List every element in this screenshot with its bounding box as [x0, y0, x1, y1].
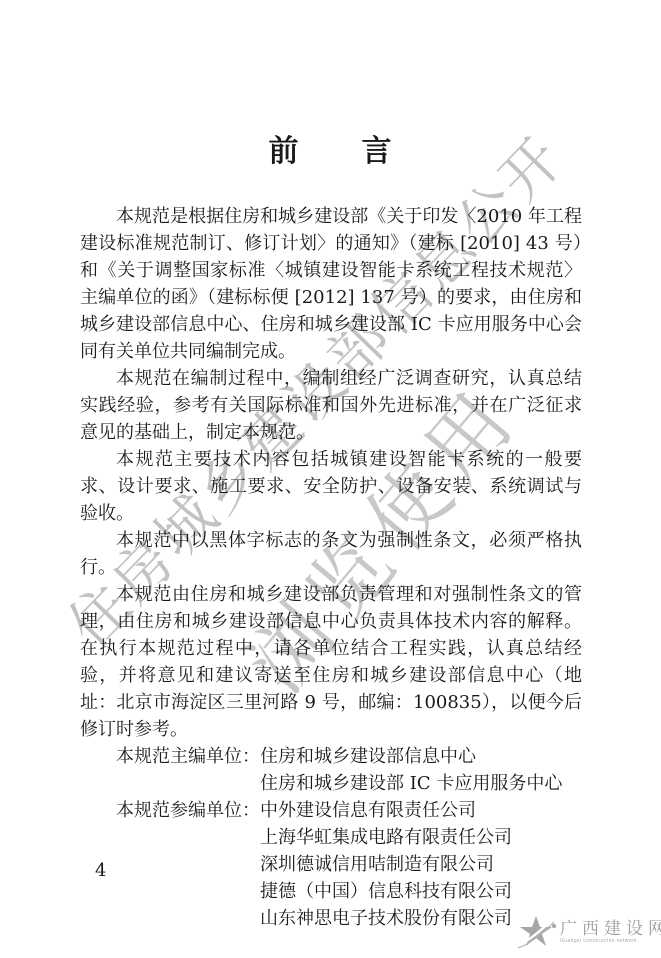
chief-editor-unit: 住房和城乡建设部信息中心 [260, 746, 476, 767]
chief-editor-line: 住房和城乡建设部 IC 卡应用服务中心 [80, 770, 582, 797]
document-page: 前 言 本规范是根据住房和城乡建设部《关于印发〈2010 年工程建设标准规范制订… [0, 0, 661, 958]
paragraph: 本规范中以黑体字标志的条文为强制性条文，必须严格执行。 [80, 527, 582, 581]
participating-editor-line: 深圳德诚信用咭制造有限公司 [80, 851, 582, 878]
foreword-body: 本规范是根据住房和城乡建设部《关于印发〈2010 年工程建设标准规范制订、修订计… [80, 203, 582, 932]
participating-editor-unit: 捷德（中国）信息科技有限公司 [260, 881, 512, 902]
page-number: 4 [95, 860, 106, 881]
participating-editor-unit: 深圳德诚信用咭制造有限公司 [260, 854, 494, 875]
participating-editor-unit: 山东神思电子技术股份有限公司 [260, 908, 512, 929]
participating-editor-line: 上海华虹集成电路有限责任公司 [80, 824, 582, 851]
paragraph: 本规范由住房和城乡建设部负责管理和对强制性条文的管理，由住房和城乡建设部信息中心… [80, 581, 582, 743]
participating-editor-unit: 上海华虹集成电路有限责任公司 [260, 827, 512, 848]
participating-editor-label: 本规范参编单位： [116, 800, 260, 821]
page-title: 前 言 [0, 126, 661, 170]
participating-editor-line: 山东神思电子技术股份有限公司 [80, 905, 582, 932]
paragraph: 本规范在编制过程中，编制组经广泛调查研究，认真总结实践经验，参考有关国际标准和国… [80, 365, 582, 446]
logo-tagline: Guangxi construction network [560, 938, 661, 944]
logo-text-block: 广西建设网 Guangxi construction network [560, 912, 661, 944]
participating-editor-line: 本规范参编单位：中外建设信息有限责任公司 [80, 797, 582, 824]
site-logo: 广西建设网 Guangxi construction network [514, 912, 659, 956]
chief-editor-label: 本规范主编单位： [116, 746, 260, 767]
star-logo-icon [514, 912, 558, 952]
scanned-document-page: { "page": { "title": "前 言", "page_number… [0, 0, 661, 958]
logo-site-name: 广西建设网 [560, 920, 661, 938]
paragraph: 本规范主要技术内容包括城镇建设智能卡系统的一般要求、设计要求、施工要求、安全防护… [80, 446, 582, 527]
participating-editor-unit: 中外建设信息有限责任公司 [260, 800, 476, 821]
participating-editor-line: 捷德（中国）信息科技有限公司 [80, 878, 582, 905]
chief-editor-line: 本规范主编单位：住房和城乡建设部信息中心 [80, 743, 582, 770]
chief-editor-unit: 住房和城乡建设部 IC 卡应用服务中心 [260, 773, 562, 794]
paragraph: 本规范是根据住房和城乡建设部《关于印发〈2010 年工程建设标准规范制订、修订计… [80, 203, 582, 365]
